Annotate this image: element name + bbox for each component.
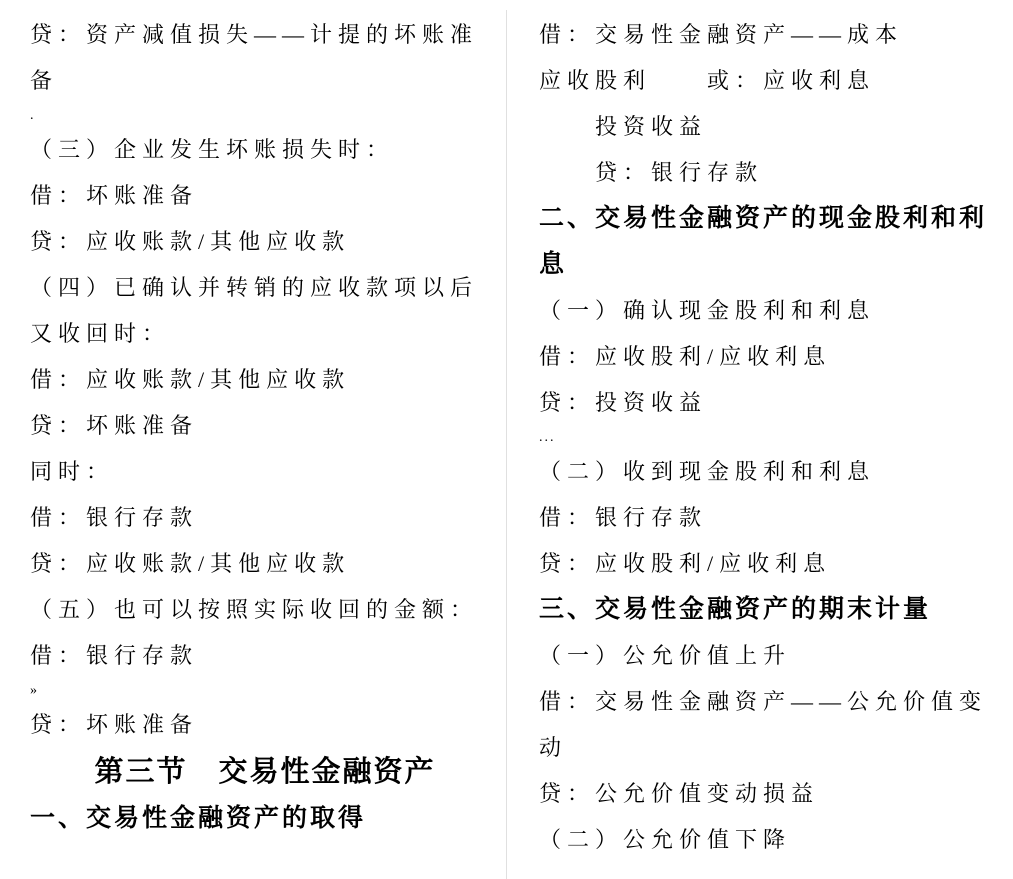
- chapter-heading: 第三节 交易性金融资产: [30, 748, 500, 796]
- text-line: 借：银行存款: [30, 633, 500, 679]
- text-line: 借：坏账准备: [30, 173, 500, 219]
- text-line: 借：银行存款: [539, 495, 1009, 541]
- text-line: （五）也可以按照实际收回的金额：: [30, 587, 500, 633]
- section-heading: 一、交易性金融资产的取得: [30, 796, 500, 842]
- text-line: 投资收益: [539, 104, 1009, 150]
- text-line: 同时：: [30, 449, 500, 495]
- text-line: 借：应收股利/应收利息: [539, 334, 1009, 380]
- text-line: （二）收到现金股利和利息: [539, 449, 1009, 495]
- text-line: 贷：银行存款: [539, 150, 1009, 196]
- text-line: （一）确认现金股利和利息: [539, 288, 1009, 334]
- text-line: （二）公允价值下降: [539, 817, 1009, 863]
- section-heading: 二、交易性金融资产的现金股利和利息: [539, 196, 1009, 288]
- text-line: 借：交易性金融资产——公允价值变动: [539, 679, 1009, 771]
- right-column: 借：交易性金融资产——成本应收股利 或：应收利息投资收益贷：银行存款二、交易性金…: [507, 0, 1013, 863]
- section-heading: 三、交易性金融资产的期末计量: [539, 587, 1009, 633]
- note-mark: ...: [539, 426, 1009, 449]
- text-line: 借：应收账款/其他应收款: [30, 357, 500, 403]
- text-line: 借：银行存款: [30, 495, 500, 541]
- text-line: （一）公允价值上升: [539, 633, 1009, 679]
- text-line: 贷：应收账款/其他应收款: [30, 219, 500, 265]
- text-line: 贷：投资收益: [539, 380, 1009, 426]
- text-line: 借：交易性金融资产——成本: [539, 12, 1009, 58]
- note-mark: »: [30, 679, 500, 702]
- text-line: 贷：公允价值变动损益: [539, 771, 1009, 817]
- text-line: （四）已确认并转销的应收款项以后又收回时：: [30, 265, 500, 357]
- note-mark: .: [30, 104, 500, 127]
- text-line: 贷：坏账准备: [30, 403, 500, 449]
- text-line: 贷：应收账款/其他应收款: [30, 541, 500, 587]
- text-line: 贷：坏账准备: [30, 702, 500, 748]
- left-column: 贷：资产减值损失——计提的坏账准备.（三）企业发生坏账损失时：借：坏账准备贷：应…: [0, 0, 506, 842]
- text-line: 贷：资产减值损失——计提的坏账准备: [30, 12, 500, 104]
- text-line: （三）企业发生坏账损失时：: [30, 127, 500, 173]
- text-line: 应收股利 或：应收利息: [539, 58, 1009, 104]
- text-line: 贷：应收股利/应收利息: [539, 541, 1009, 587]
